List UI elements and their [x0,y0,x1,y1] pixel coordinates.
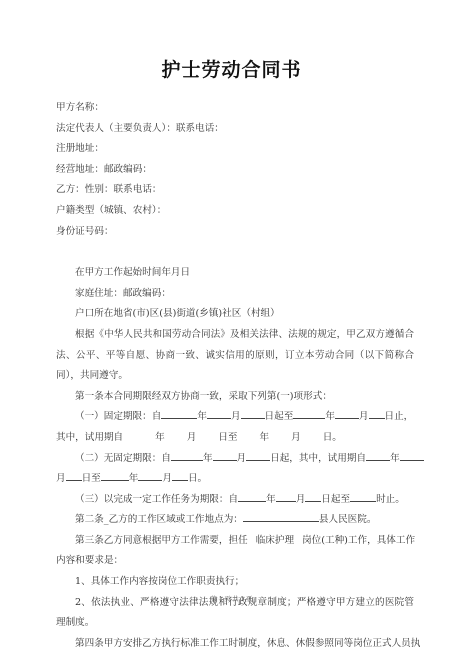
article-3: 第三条乙方同意根据甲方工作需要，担任临床护理岗位(工种)工作，具体工作 [56,531,414,552]
blank-field [243,511,319,522]
article-1-heading: 第一条本合同期限经双方协商一致，采取下列第(一)项形式： [56,387,414,408]
article-1-fixed-probation: 其中，试用期自年月日至年月日。 [56,428,414,449]
party-b-household-type: 户籍类型（城镇、农村）： [56,201,414,222]
blank-field [293,408,325,419]
article-3-item-1: 1、具体工作内容按岗位工作职责执行； [56,572,414,593]
preamble: 根据《中华人民共和国劳动合同法》及相关法律、法规的规定，甲乙双方遵循合法、公平、… [56,325,414,387]
blank-field [335,408,359,419]
blank-field [138,470,162,481]
blank-field [241,408,265,419]
work-start-date: 在甲方工作起始时间年月日 [56,263,414,284]
document-body: 甲方名称： 法定代表人（主要负责人）：联系电话： 注册地址： 经营地址：邮政编码… [56,98,414,654]
blank-field [207,408,231,419]
document-title: 护士劳动合同书 [0,55,463,82]
blank-field [171,450,203,461]
spacer [56,242,414,263]
article-1-fixed-term: （一）固定期限：自年月日起至年月日止， [56,407,414,428]
party-a-name: 甲方名称： [56,98,414,119]
blank-field [66,470,82,481]
party-a-legal-rep: 法定代表人（主要负责人）：联系电话： [56,119,414,140]
document-page: 护士劳动合同书 甲方名称： 法定代表人（主要负责人）：联系电话： 注册地址： 经… [0,0,463,655]
home-address: 家庭住址：邮政编码： [56,284,414,305]
blank-field [369,408,385,419]
article-3-continued: 内容和要求是： [56,551,414,572]
article-1-task-term: （三）以完成一定工作任务为期限：自年月日起至时止。 [56,490,414,511]
article-2: 第二条_乙方的工作区域或工作地点为：县人民医院。 [56,510,414,531]
article-1-open-probation: 月日至年月日。 [56,469,414,490]
blank-field [305,491,321,502]
blank-field [238,491,266,502]
article-1-open-term: （二）无固定期限：自年月日起，其中，试用期自年 [56,449,414,470]
blank-field [350,491,376,502]
hukou-location: 户口所在地省(市)区(县)街道(乡镇)社区（村组） [56,304,414,325]
article-4: 第四条甲方安排乙方执行标准工作工时制度，休息、休假参照同等岗位正式人员执 [56,634,414,655]
blank-field [161,408,197,419]
party-a-biz-address: 经营地址：邮政编码： [56,160,414,181]
page-footer: 第 1 页 共 1 页 [0,594,463,603]
blank-field [276,491,296,502]
blank-field [400,450,424,461]
blank-field [213,450,237,461]
party-b-gender: 乙方：性别：联系电话： [56,180,414,201]
blank-field [246,450,270,461]
blank-field [366,450,390,461]
position-field: 临床护理 [256,535,294,546]
blank-field [101,470,129,481]
party-a-reg-address: 注册地址： [56,139,414,160]
party-b-id-number: 身份证号码： [56,222,414,243]
blank-field [172,470,188,481]
